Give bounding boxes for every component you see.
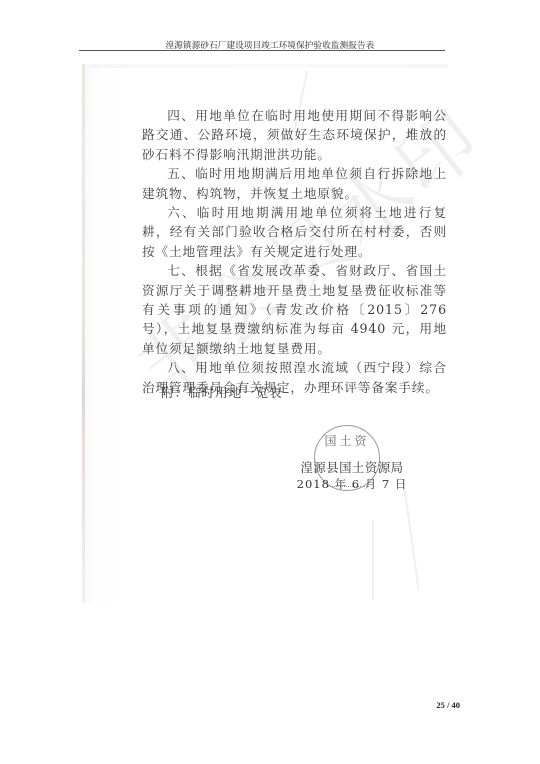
clause-5: 五、临时用地期满后用地单位须自行拆除地上建筑物、构筑物，并恢复土地原貌。 (142, 164, 447, 203)
scan-edge-shadow (82, 64, 85, 603)
page-number: 25 / 40 (0, 700, 460, 710)
seal-text: 国土资 (315, 432, 379, 449)
scan-streak (372, 520, 374, 600)
scan-top-edge (88, 64, 448, 68)
clause-7: 七、根据《省发展改革委、省财政厅、省国土资源厅关于调整耕地开垦费土地复垦费征收标… (142, 261, 447, 358)
signature-date: 2018 年 6 月 7 日 (282, 476, 422, 492)
clause-6: 六、临时用地期满用地单位须将土地进行复耕，经有关部门验收合格后交付所在村村委，否… (142, 203, 447, 261)
signature-organization: 湟源县国土资源局 (282, 458, 422, 476)
header-divider (79, 50, 445, 51)
document-body: 四、用地单位在临时用地使用期间不得影响公路交通、公路环境，须做好生态环境保护，堆… (142, 106, 447, 397)
attachment-note: 附：临时用地一览表 (161, 382, 282, 401)
clause-4: 四、用地单位在临时用地使用期间不得影响公路交通、公路环境，须做好生态环境保护，堆… (142, 106, 447, 164)
